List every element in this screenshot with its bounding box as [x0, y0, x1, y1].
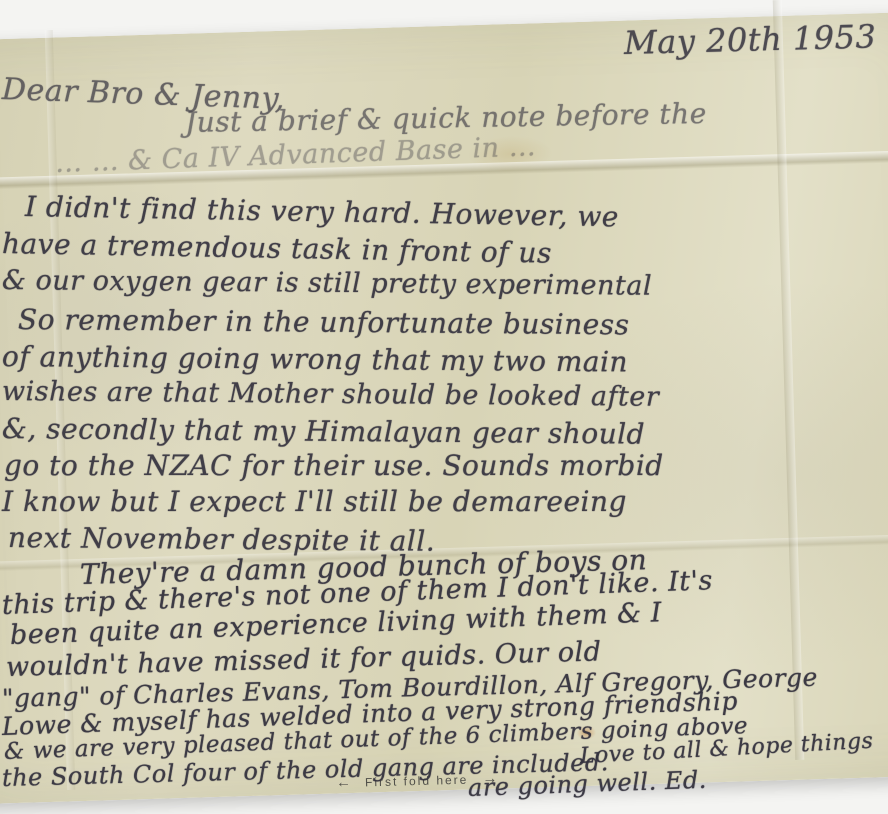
letter-line: So remember in the unfortunate business — [18, 303, 630, 341]
letter-line: I didn't find this very hard. However, w… — [25, 190, 620, 233]
letter-body: May 20th 1953Dear Bro & Jenny,Just a bri… — [0, 0, 888, 814]
letter-line: of anything going wrong that my two main — [2, 340, 628, 378]
letter-line: … … & Ca IV Advanced Base in … — [54, 131, 536, 179]
letter-line: wishes are that Mother should be looked … — [2, 376, 660, 413]
letter-line: &, secondly that my Himalayan gear shoul… — [2, 412, 645, 451]
letter-line: I know but I expect I'll still be demare… — [2, 485, 627, 518]
letter-line: & our oxygen gear is still pretty experi… — [2, 265, 652, 302]
letter-line: go to the NZAC for their use. Sounds mor… — [4, 449, 664, 482]
letter-line: have a tremendous task in front of us — [2, 227, 552, 270]
letter-line: May 20th 1953 — [624, 17, 877, 62]
photo-background: ← First fold here → May 20th 1953Dear Br… — [0, 0, 888, 814]
